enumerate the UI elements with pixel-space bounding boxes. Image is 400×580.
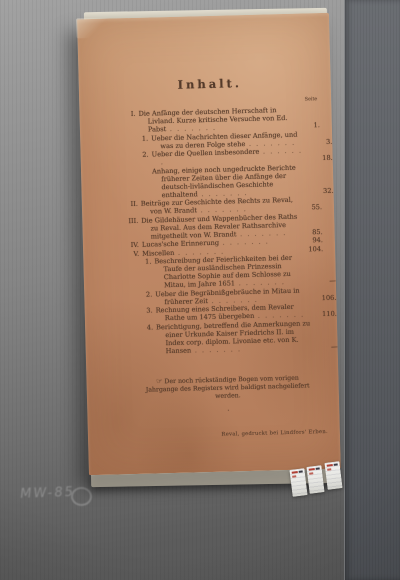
page-title: Inhalt.	[123, 76, 297, 94]
entry-number: 2.	[140, 290, 152, 298]
entry-page-number: 110.	[315, 310, 337, 319]
sticker-red-mark-small	[309, 472, 313, 474]
label-sticker	[289, 468, 307, 497]
entry-page-number: —	[316, 342, 338, 351]
sticker-dark-mark	[316, 467, 320, 469]
sticker-red-mark	[292, 471, 298, 474]
sticker-red-mark	[309, 468, 315, 471]
table-of-contents: Inhalt. Seite I. Die Anfänge der deutsch…	[77, 13, 341, 475]
entry-page-number: 104.	[301, 245, 323, 254]
chalk-handwriting: MW-85	[19, 485, 75, 502]
entry-page-number: 55.	[300, 203, 322, 212]
entry-title: Die Anfänge der deutschen Herrschaft in …	[138, 106, 296, 134]
sticker-red-mark	[327, 464, 333, 467]
entry-page-number: —	[314, 277, 336, 286]
entry-number: III.	[126, 216, 138, 224]
publisher-footnote: ☞Der noch rückständige Bogen vom vorigen…	[142, 373, 313, 402]
entry-number: 4.	[141, 323, 153, 331]
entry-number: 1.	[139, 258, 151, 266]
entry-title: Berichtigung, betreffend die Anmerkungen…	[156, 319, 314, 355]
entry-page-number: 1.	[298, 121, 320, 130]
contents-entry: 4. Berichtigung, betreffend die Anmerkun…	[141, 319, 324, 356]
entry-number: II.	[126, 200, 138, 208]
printer-imprint: Reval, gedruckt bei Lindfors' Erben.	[221, 428, 328, 439]
sticker-dark-mark	[299, 470, 303, 472]
manicule-icon: ☞	[156, 377, 162, 385]
chalk-circle-mark	[71, 487, 92, 506]
entry-number: V.	[127, 249, 139, 257]
entry-number: IV.	[127, 241, 139, 249]
entry-number: I.	[123, 110, 135, 118]
photo-backdrop: MW-85 Inhalt. Seite I. Die Anfänge der d…	[0, 0, 400, 580]
footnote-text: Der noch rückständige Bogen vom vorigen …	[146, 374, 310, 399]
entry-number: 3.	[141, 306, 153, 314]
book: Inhalt. Seite I. Die Anfänge der deutsch…	[77, 10, 341, 482]
entry-title: Beschreibung der Feierlichkeiten bei der…	[154, 253, 312, 289]
book-cover: Inhalt. Seite I. Die Anfänge der deutsch…	[77, 13, 341, 475]
separator-mark: .	[131, 402, 325, 415]
entry-page-number: 85.	[301, 228, 323, 237]
entry-title: Die Gildehäuser und Wappenbücher des Rat…	[141, 212, 299, 240]
contents-entry: Anhang, einige noch ungedruckte Berichte…	[137, 163, 320, 200]
sticker-dark-mark	[334, 463, 338, 465]
contents-list: I. Die Anfänge der deutschen Herrschaft …	[123, 105, 323, 355]
entry-page-number: 32.	[311, 186, 333, 195]
label-sticker	[306, 465, 324, 494]
entry-page-number: 3.	[310, 137, 332, 146]
contents-entry: 1. Beschreibung der Feierlichkeiten bei …	[139, 253, 322, 290]
entry-number: 2.	[136, 151, 148, 159]
backdrop-right-band	[344, 0, 400, 580]
entry-number: 1.	[136, 134, 148, 142]
entry-title: Anhang, einige noch ungedruckte Berichte…	[152, 163, 310, 199]
entry-page-number: 94.	[301, 236, 323, 245]
sticker-red-mark-small	[327, 468, 331, 470]
sticker-red-mark-small	[292, 475, 296, 477]
entry-page-number: 18.	[311, 154, 333, 163]
label-sticker	[324, 461, 342, 490]
entry-page-number: 106.	[314, 293, 336, 302]
